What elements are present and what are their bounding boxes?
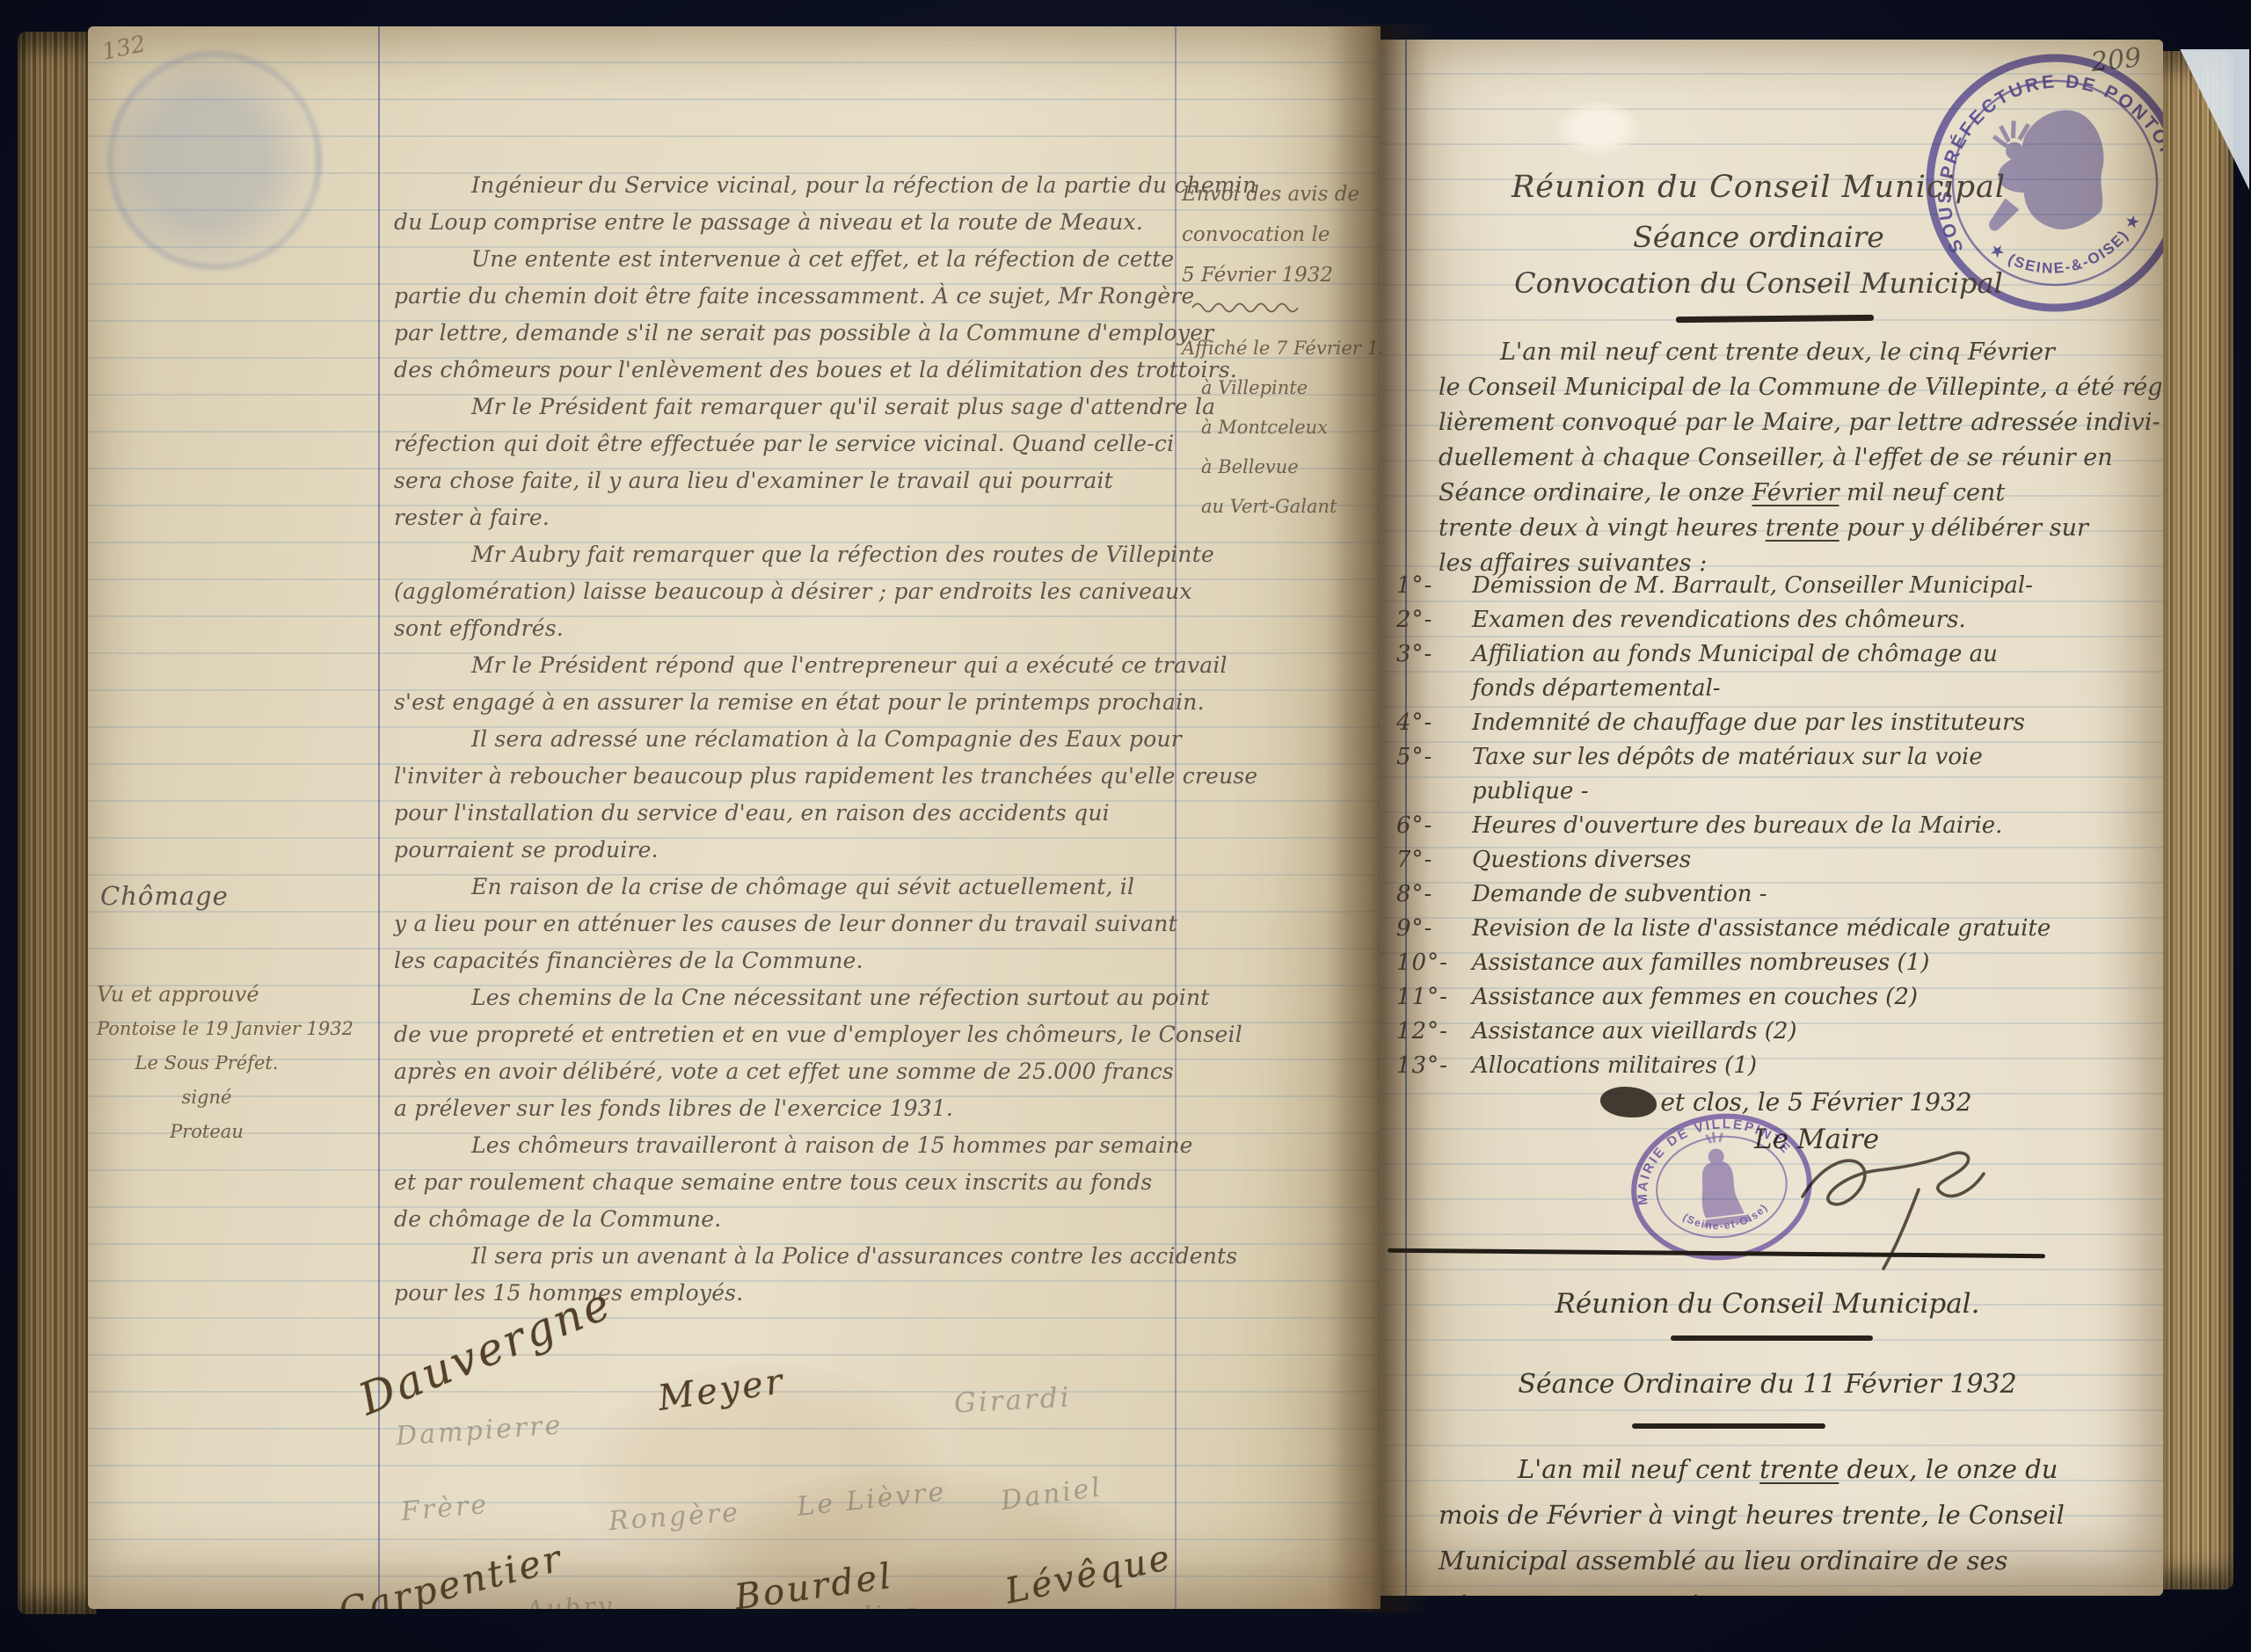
agenda-item-line: Affiliation au fonds Municipal de chômag…	[1472, 637, 2144, 672]
agenda-item-text: Questions diverses	[1472, 843, 2144, 877]
signature: Rongère	[608, 1497, 741, 1537]
manuscript-line: L'an mil neuf cent trente deux, le cinq …	[1439, 335, 2151, 370]
agenda-item-line: Assistance aux familles nombreuses (1)	[1472, 946, 2144, 980]
signature: Dauvergne	[352, 1277, 619, 1425]
agenda-item-text: Assistance aux femmes en couches (2)	[1472, 980, 2144, 1015]
agenda-item: 2°-Examen des revendications des chômeur…	[1396, 603, 2144, 637]
agenda-item-text: Heures d'ouverture des bureaux de la Mai…	[1472, 809, 2144, 843]
manuscript-line: mois de Février à vingt heures trente, l…	[1439, 1492, 2142, 1538]
agenda-item-line: fonds départemental-	[1472, 672, 2144, 706]
agenda-item-text: Examen des revendications des chômeurs.	[1472, 603, 2144, 637]
section2-rule-2	[1632, 1423, 1825, 1429]
agenda-item: 10°-Assistance aux familles nombreuses (…	[1396, 946, 2144, 980]
agenda-item-line: Indemnité de chauffage due par les insti…	[1472, 706, 2144, 740]
agenda-item: 4°-Indemnité de chauffage due par les in…	[1396, 706, 2144, 740]
signature: Aubry	[525, 1590, 615, 1609]
agenda-item-line: Examen des revendications des chômeurs.	[1472, 603, 2144, 637]
manuscript-line: le Conseil Municipal de la Commune de Vi…	[1439, 370, 2151, 405]
signature: Lévêque	[1002, 1537, 1176, 1609]
agenda-item-line: Démission de M. Barrault, Conseiller Mun…	[1472, 569, 2144, 603]
manuscript-line: L'an mil neuf cent trente deux, le onze …	[1439, 1446, 2142, 1492]
seated-figure	[1692, 1129, 1752, 1227]
agenda-item-line: Heures d'ouverture des bureaux de la Mai…	[1472, 809, 2144, 843]
agenda-item: 1°-Démission de M. Barrault, Conseiller …	[1396, 569, 2144, 603]
agenda-item-line: Assistance aux vieillards (2)	[1472, 1015, 2144, 1049]
agenda-item-line: Allocations militaires (1)	[1472, 1049, 2144, 1083]
signature: Dampierre	[395, 1409, 564, 1452]
agenda-item: 6°-Heures d'ouverture des bureaux de la …	[1396, 809, 2144, 843]
agenda-item-line: Taxe sur les dépôts de matériaux sur la …	[1472, 740, 2144, 775]
agenda-item-text: Taxe sur les dépôts de matériaux sur la …	[1472, 740, 2144, 809]
signature: Frère	[400, 1489, 491, 1528]
section2-title: Réunion du Conseil Municipal.	[1486, 1288, 2049, 1320]
agenda-item-text: Démission de M. Barrault, Conseiller Mun…	[1472, 569, 2144, 603]
agenda-item: 13°-Allocations militaires (1)	[1396, 1049, 2144, 1083]
agenda-item-line: publique -	[1472, 775, 2144, 809]
agenda-item-text: Affiliation au fonds Municipal de chômag…	[1472, 637, 2144, 706]
convocation-paragraph: L'an mil neuf cent trente deux, le cinq …	[1439, 335, 2151, 581]
agenda-list: 1°-Démission de M. Barrault, Conseiller …	[1396, 569, 2144, 1083]
book-page-edges-right	[2156, 51, 2233, 1590]
header-convocation-subtitle: Convocation du Conseil Municipal	[1416, 266, 2102, 300]
agenda-item: 8°-Demande de subvention -	[1396, 877, 2144, 912]
manuscript-line: trente deux à vingt heures trente pour y…	[1439, 511, 2151, 546]
header-reunion-title: Réunion du Conseil Municipal	[1416, 170, 2102, 205]
photo-of-register: 132 Ingénieur du Service vicinal, pour l…	[0, 0, 2251, 1652]
header-underline-rule	[1676, 315, 1874, 323]
book-gutter-shadow	[1326, 25, 1430, 1612]
agenda-item-text: Assistance aux familles nombreuses (1)	[1472, 946, 2144, 980]
agenda-item-text: Assistance aux vieillards (2)	[1472, 1015, 2144, 1049]
manuscript-line: Municipal assemblé au lieu ordinaire de …	[1439, 1538, 2142, 1583]
agenda-item: 11°-Assistance aux femmes en couches (2)	[1396, 980, 2144, 1015]
agenda-item: 5°-Taxe sur les dépôts de matériaux sur …	[1396, 740, 2144, 809]
agenda-item-text: Revision de la liste d'assistance médica…	[1472, 912, 2144, 946]
agenda-item: 12°-Assistance aux vieillards (2)	[1396, 1015, 2144, 1049]
agenda-item-text: Indemnité de chauffage due par les insti…	[1472, 706, 2144, 740]
mairie-villepinte-stamp: MAIRIE DE VILLEPINTE (Seine-et-Oise)	[1616, 1099, 1827, 1276]
signature: Le Lièvre	[796, 1476, 948, 1523]
councillor-signatures-block: DauvergneDampierreMeyerGirardiFrèreRongè…	[88, 26, 1380, 1609]
agenda-item-line: Questions diverses	[1472, 843, 2144, 877]
section2-paragraph: L'an mil neuf cent trente deux, le onze …	[1439, 1446, 2142, 1596]
agenda-item-line: Assistance aux femmes en couches (2)	[1472, 980, 2144, 1015]
paper-stain	[1556, 101, 1640, 156]
signature: Daniel	[999, 1472, 1104, 1517]
agenda-item-line: Revision de la liste d'assistance médica…	[1472, 912, 2144, 946]
right-page: 209 SOUS-PRÉFECTURE DE PONTOISE ★ (SEINE…	[1380, 40, 2163, 1596]
agenda-item-line: Demande de subvention -	[1472, 877, 2144, 912]
book-page-edges-left	[18, 32, 97, 1614]
manuscript-line: séances, sous la présidence de M. Dauver…	[1439, 1583, 2142, 1596]
agenda-item-text: Allocations militaires (1)	[1472, 1049, 2144, 1083]
signature: Girardi	[953, 1382, 1072, 1420]
section2-subtitle: Séance Ordinaire du 11 Février 1932	[1468, 1369, 2066, 1400]
agenda-item: 3°-Affiliation au fonds Municipal de chô…	[1396, 637, 2144, 706]
signature: Meyer	[656, 1361, 788, 1419]
header-seance-subtitle: Séance ordinaire	[1416, 220, 2102, 254]
agenda-item: 7°-Questions diverses	[1396, 843, 2144, 877]
manuscript-line: Séance ordinaire, le onze Février mil ne…	[1439, 476, 2151, 511]
left-page: 132 Ingénieur du Service vicinal, pour l…	[88, 26, 1380, 1609]
agenda-item: 9°-Revision de la liste d'assistance méd…	[1396, 912, 2144, 946]
manuscript-line: duellement à chaque Conseiller, à l'effe…	[1439, 440, 2151, 476]
agenda-item-text: Demande de subvention -	[1472, 877, 2144, 912]
section2-rule-1	[1671, 1335, 1873, 1341]
manuscript-line: lièrement convoqué par le Maire, par let…	[1439, 405, 2151, 440]
